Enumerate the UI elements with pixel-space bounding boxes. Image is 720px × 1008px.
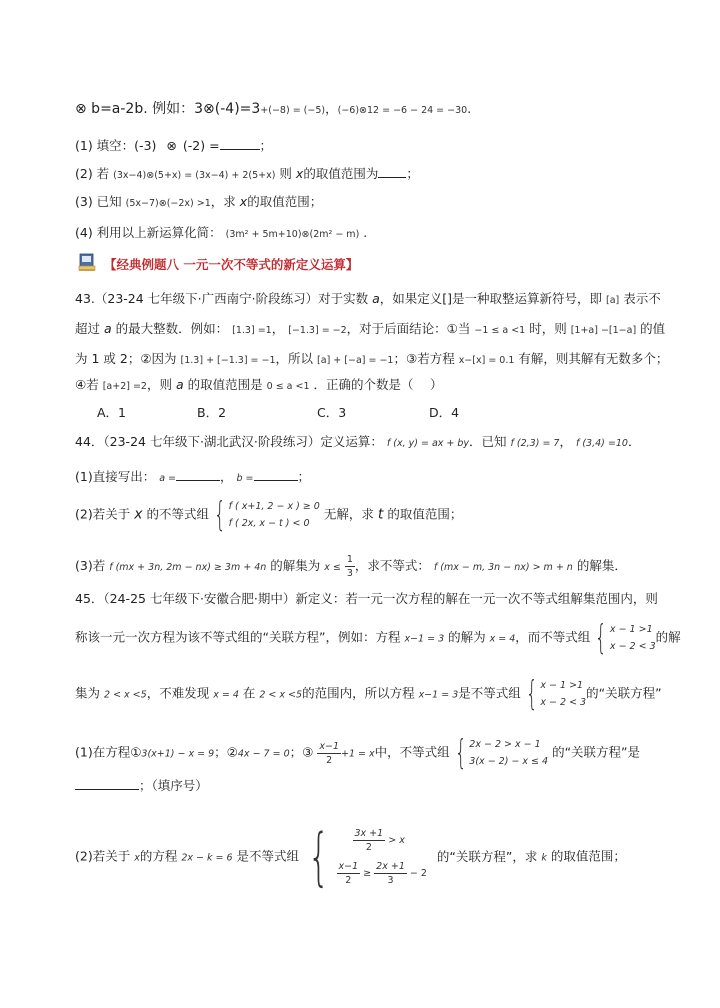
equation: 2x − k = 6 [181, 853, 232, 864]
separator: ；② [214, 745, 238, 760]
q43-text: ，则 [147, 377, 172, 392]
q43-text: ，对于后面结论：①当 [347, 321, 471, 336]
q43-text: 的值 [640, 321, 665, 336]
denominator: 3 [388, 874, 394, 887]
prev-question-4: (4) 利用以上新运算化简： (3m² + 5m+10)⊗(2m² − m) . [75, 224, 367, 244]
q45-math: x = 4 [213, 690, 239, 701]
q43-text: 超过 [75, 321, 100, 336]
q43-math: [1.3] + [−1.3] = −1 [181, 355, 276, 366]
q44-part-1: (1)直接写出： a =， b =； [75, 468, 310, 488]
system-row: f ( 2x, x − t ) < 0 [229, 515, 320, 532]
q45-math: 2 < x <5 [104, 690, 147, 701]
q43-math: [−1.3] = −2 [288, 325, 346, 336]
left-brace: { [455, 736, 467, 770]
left-brace: { [214, 498, 226, 532]
q43-text: ，所以 [276, 351, 314, 366]
q43-line-2: 超过 a 的最大整数．例如： [1.3] =1， [−1.3] = −2，对于后… [75, 320, 665, 340]
q43-text: 有解，则其解有无数多个； [518, 351, 668, 366]
q43-math: [a] [606, 295, 619, 306]
example-math: +(−8) = (−5) [260, 105, 325, 116]
q43-line-4: ④若 [a+2] =2，则 a 的取值范围是 0 ≤ a <1 ．正确的个数是（… [75, 376, 442, 396]
operator: ≥ [363, 867, 371, 881]
var-t: t [378, 507, 384, 523]
system-row: 3(x − 2) − x ≤ 4 [469, 753, 548, 770]
denominator: 2 [326, 754, 332, 767]
q44-p2-label: (2)若关于 [75, 507, 130, 522]
q45-line-3: 集为 2 < x <5，不难发现 x = 4 在 2 < x <5的范围内，所以… [75, 677, 662, 711]
system-row: x−12 ≥ 2x +13 − 2 [337, 860, 427, 887]
q2-mid: 则 [279, 166, 292, 181]
q43-text: 为 1 或 2；②因为 [75, 351, 177, 366]
inequality-system: { 3x +12 > x x−12 ≥ 2x +13 − 2 [299, 826, 427, 888]
q43-line-1: 43.（23-24 七年级下·广西南宁·阶段练习）对于实数 a，如果定义[]是一… [75, 290, 661, 310]
answer-blank[interactable] [220, 137, 260, 150]
numerator: x−1 [337, 860, 361, 874]
q45-p2-label: (2)若关于 [75, 849, 130, 864]
q45-p1-label: (1)在方程① [75, 745, 141, 760]
q44-p1-end: ； [298, 469, 311, 484]
q45-text: ，而不等式组 [515, 630, 590, 645]
system-row: x − 2 < 3 [610, 638, 656, 655]
option-c[interactable]: C．3 [317, 404, 429, 422]
q44-part-3: (3)若 f (mx + 3n, 2m − nx) ≥ 3m + 4n 的解集为… [75, 553, 627, 580]
option-b[interactable]: B．2 [197, 404, 317, 422]
q43-math: −1 ≤ a <1 [474, 325, 525, 336]
q45-text: ，不难发现 [147, 686, 210, 701]
q43-text: ；③若方程 [393, 351, 454, 366]
fill-hint: ；（填序号） [139, 778, 208, 793]
q43-text: 时，则 [529, 321, 567, 336]
system-row: x − 2 < 3 [540, 694, 586, 711]
q4-expr: (3m² + 5m+10)⊗(2m² − m) [226, 229, 360, 240]
row-rest: − 2 [410, 867, 427, 881]
q3-label: (3) 已知 [75, 194, 122, 209]
section-title: 【经典例题八 一元一次不等式的新定义运算】 [104, 256, 358, 274]
q43-text: 43.（23-24 七年级下·广西南宁·阶段练习）对于实数 [75, 291, 368, 306]
q45-text: 称该一元一次方程为该不等式组的“关联方程”，例如：方程 [75, 630, 400, 645]
equation-2: 4x − 7 = 0 [238, 749, 290, 760]
q44-p3-label: (3)若 [75, 558, 105, 573]
q43-text: 的最大整数．例如： [116, 321, 229, 336]
left-brace: { [595, 621, 607, 655]
q43-text: ④若 [75, 377, 99, 392]
q45-part-1-answer: ；（填序号） [75, 777, 208, 795]
otimes-symbol: ⊗ [166, 138, 176, 153]
numerator: x−1 [317, 740, 341, 754]
q44-p2-rest: 无解，求 [324, 507, 374, 522]
var-a: a [104, 321, 112, 336]
q45-text: 的范围内，所以方程 [302, 686, 415, 701]
q45-math: x−1 = 3 [404, 634, 444, 645]
q43-math: x−[x] = 0.1 [459, 355, 515, 366]
left-brace: { [526, 677, 538, 711]
answer-blank-b[interactable] [254, 468, 298, 481]
q2-end: ； [406, 166, 419, 181]
prev-question-1: (1) 填空：(-3) ⊗(-2) =； [75, 137, 272, 155]
numerator: 3x +1 [353, 827, 386, 841]
system-row: 2x − 2 > x − 1 [469, 736, 548, 753]
q45-line-2: 称该一元一次方程为该不等式组的“关联方程”，例如：方程 x−1 = 3 的解为 … [75, 621, 681, 655]
q44-math: f (3,4) =10 [576, 438, 628, 449]
q45-p1-end: 的“关联方程”是 [552, 745, 640, 760]
q45-text: 是不等式组 [458, 686, 521, 701]
q45-line-1: 45．（24-25 七年级下·安徽合肥·期中）新定义：若一元一次方程的解在一元一… [75, 590, 658, 608]
q44-math: f (x, y) = ax + by [387, 438, 469, 449]
var-a: a [176, 377, 184, 392]
q44-line-1: 44．（23-24 七年级下·湖北武汉·阶段练习）定义运算： f (x, y) … [75, 433, 640, 453]
q44-p1-label: (1)直接写出： [75, 469, 155, 484]
q43-text: ．正确的个数是（ ） [314, 377, 443, 392]
q44-p2-end: 的取值范围； [387, 507, 462, 522]
q45-p2-mid: 的方程 [140, 849, 178, 864]
system-row: x − 1 >1 [540, 677, 586, 694]
q3-rest: 的取值范围； [247, 194, 322, 209]
q44-text: ．已知 [469, 434, 507, 449]
answer-blank[interactable] [378, 165, 406, 178]
q43-math: [a] + [−a] = −1 [317, 355, 393, 366]
answer-blank-a[interactable] [176, 468, 220, 481]
var-x: x [134, 507, 142, 523]
example-text: . 例如：3⊗(-4)=3 [143, 101, 260, 117]
system-row: 3x +12 > x [353, 827, 427, 854]
inequality-system: {x − 1 >1x − 2 < 3 [590, 621, 655, 655]
q44-p3-end: 的解集． [577, 558, 627, 573]
q45-text: 集为 [75, 686, 100, 701]
q45-text: 的解 [656, 630, 681, 645]
q43-line-3: 为 1 或 2；②因为 [1.3] + [−1.3] = −1，所以 [a] +… [75, 350, 668, 370]
denominator: 2 [366, 841, 372, 854]
q43-options: A．1B．2C．3D．4 [97, 404, 459, 422]
q44-part-2: (2)若关于 x 的不等式组{f ( x+1, 2 − x ) ≥ 0f ( 2… [75, 498, 462, 532]
q3-expr: (5x−7)⊗(−2x) >1 [126, 198, 211, 209]
option-d[interactable]: D．4 [429, 404, 459, 422]
b-label: b = [237, 473, 254, 484]
q1-label: (1) 填空：(-3) [75, 138, 156, 153]
q3-mid: ，求 [211, 194, 236, 209]
q44-math: x ≤ [324, 562, 341, 573]
var-k: k [541, 853, 547, 864]
q45-p1-mid: 中，不等式组 [375, 745, 450, 760]
q1-end: ； [260, 138, 273, 153]
left-brace: { [308, 826, 330, 888]
equation-3: +1 = x [341, 749, 375, 760]
q43-math: [1+a] −[1−a] [571, 325, 636, 336]
q45-p2-end2: 的取值范围； [551, 849, 626, 864]
inequality-system: {2x − 2 > x − 13(x − 2) − x ≤ 4 [450, 736, 548, 770]
equation-1: 3(x+1) − x = 9 [141, 749, 214, 760]
q45-math: 2 < x <5 [259, 690, 302, 701]
q44-math: f (2,3) = 7 [511, 438, 560, 449]
q2-rest: 的取值范围为 [303, 166, 378, 181]
q43-text: 表示不 [623, 291, 661, 306]
q43-text: ，如果定义[]是一种取整运算新符号，即 [380, 291, 602, 306]
separator: ， [559, 434, 572, 449]
intro-definition-line: ⊗ b=a-2b. 例如：3⊗(-4)=3+(−8) = (−5)，(−6)⊗1… [75, 100, 471, 120]
inequality-system: {x − 1 >1x − 2 < 3 [521, 677, 586, 711]
system-row: x − 1 >1 [610, 621, 656, 638]
q45-text: 在 [243, 686, 256, 701]
q44-math: f (mx − m, 3n − nx) > m + n [434, 562, 573, 573]
fraction: 13 [345, 553, 355, 580]
definition-text: ⊗ b=a-2b [75, 101, 143, 117]
denominator: 2 [345, 874, 351, 887]
q43-math: [1.3] =1 [232, 325, 272, 336]
inequality-system: {f ( x+1, 2 − x ) ≥ 0f ( 2x, x − t ) < 0 [209, 498, 320, 532]
separator: ， [325, 101, 338, 116]
system-row: f ( x+1, 2 − x ) ≥ 0 [229, 498, 320, 515]
q4-end: . [363, 225, 367, 240]
separator: ；③ [290, 745, 314, 760]
q43-text: 的取值范围是 [188, 377, 263, 392]
prev-question-3: (3) 已知 (5x−7)⊗(−2x) >1，求 x的取值范围； [75, 193, 322, 213]
q1-rest: (-2) = [183, 138, 220, 153]
q45-part-1: (1)在方程①3(x+1) − x = 9；②4x − 7 = 0；③ x−12… [75, 736, 640, 770]
q45-part-2: (2)若关于 x的方程 2x − k = 6 是不等式组{ 3x +12 > x… [75, 826, 626, 888]
numerator: 1 [345, 553, 355, 567]
numerator: 2x +1 [374, 860, 407, 874]
q45-math: x = 4 [490, 634, 516, 645]
q45-text: 的“关联方程” [586, 686, 661, 701]
q44-p3-rest: ，求不等式： [355, 558, 430, 573]
answer-blank[interactable] [75, 777, 139, 790]
q45-text: 的解为 [448, 630, 486, 645]
q44-p2-mid: 的不等式组 [146, 507, 209, 522]
denominator: 3 [347, 567, 353, 580]
q44-math: f (mx + 3n, 2m − nx) ≥ 3m + 4n [109, 562, 266, 573]
q45-p2-end: 的“关联方程”，求 [437, 849, 537, 864]
q2-label: (2) 若 [75, 166, 109, 181]
a-label: a = [159, 473, 176, 484]
q2-expr: (3x−4)⊗(5+x) = (3x−4) + 2(5+x) [113, 170, 275, 181]
period: ． [628, 434, 641, 449]
q45-math: x−1 = 3 [419, 690, 459, 701]
prev-question-2: (2) 若 (3x−4)⊗(5+x) = (3x−4) + 2(5+x) 则 x… [75, 165, 419, 185]
q44-p3-mid: 的解集为 [270, 558, 320, 573]
period: . [467, 101, 471, 116]
example2-math: (−6)⊗12 = −6 − 24 = −30 [338, 105, 468, 116]
book-icon [77, 253, 97, 273]
q4-label: (4) 利用以上新运算化简： [75, 225, 222, 240]
q43-math: [a+2] =2 [103, 381, 147, 392]
row-rest: > x [388, 834, 405, 848]
q44-text: 44．（23-24 七年级下·湖北武汉·阶段练习）定义运算： [75, 434, 383, 449]
option-a[interactable]: A．1 [97, 404, 197, 422]
q43-math: 0 ≤ a <1 [267, 381, 310, 392]
q45-p2-mid2: 是不等式组 [237, 849, 300, 864]
fraction: x−12 [317, 740, 341, 767]
var-a: a [372, 291, 380, 306]
